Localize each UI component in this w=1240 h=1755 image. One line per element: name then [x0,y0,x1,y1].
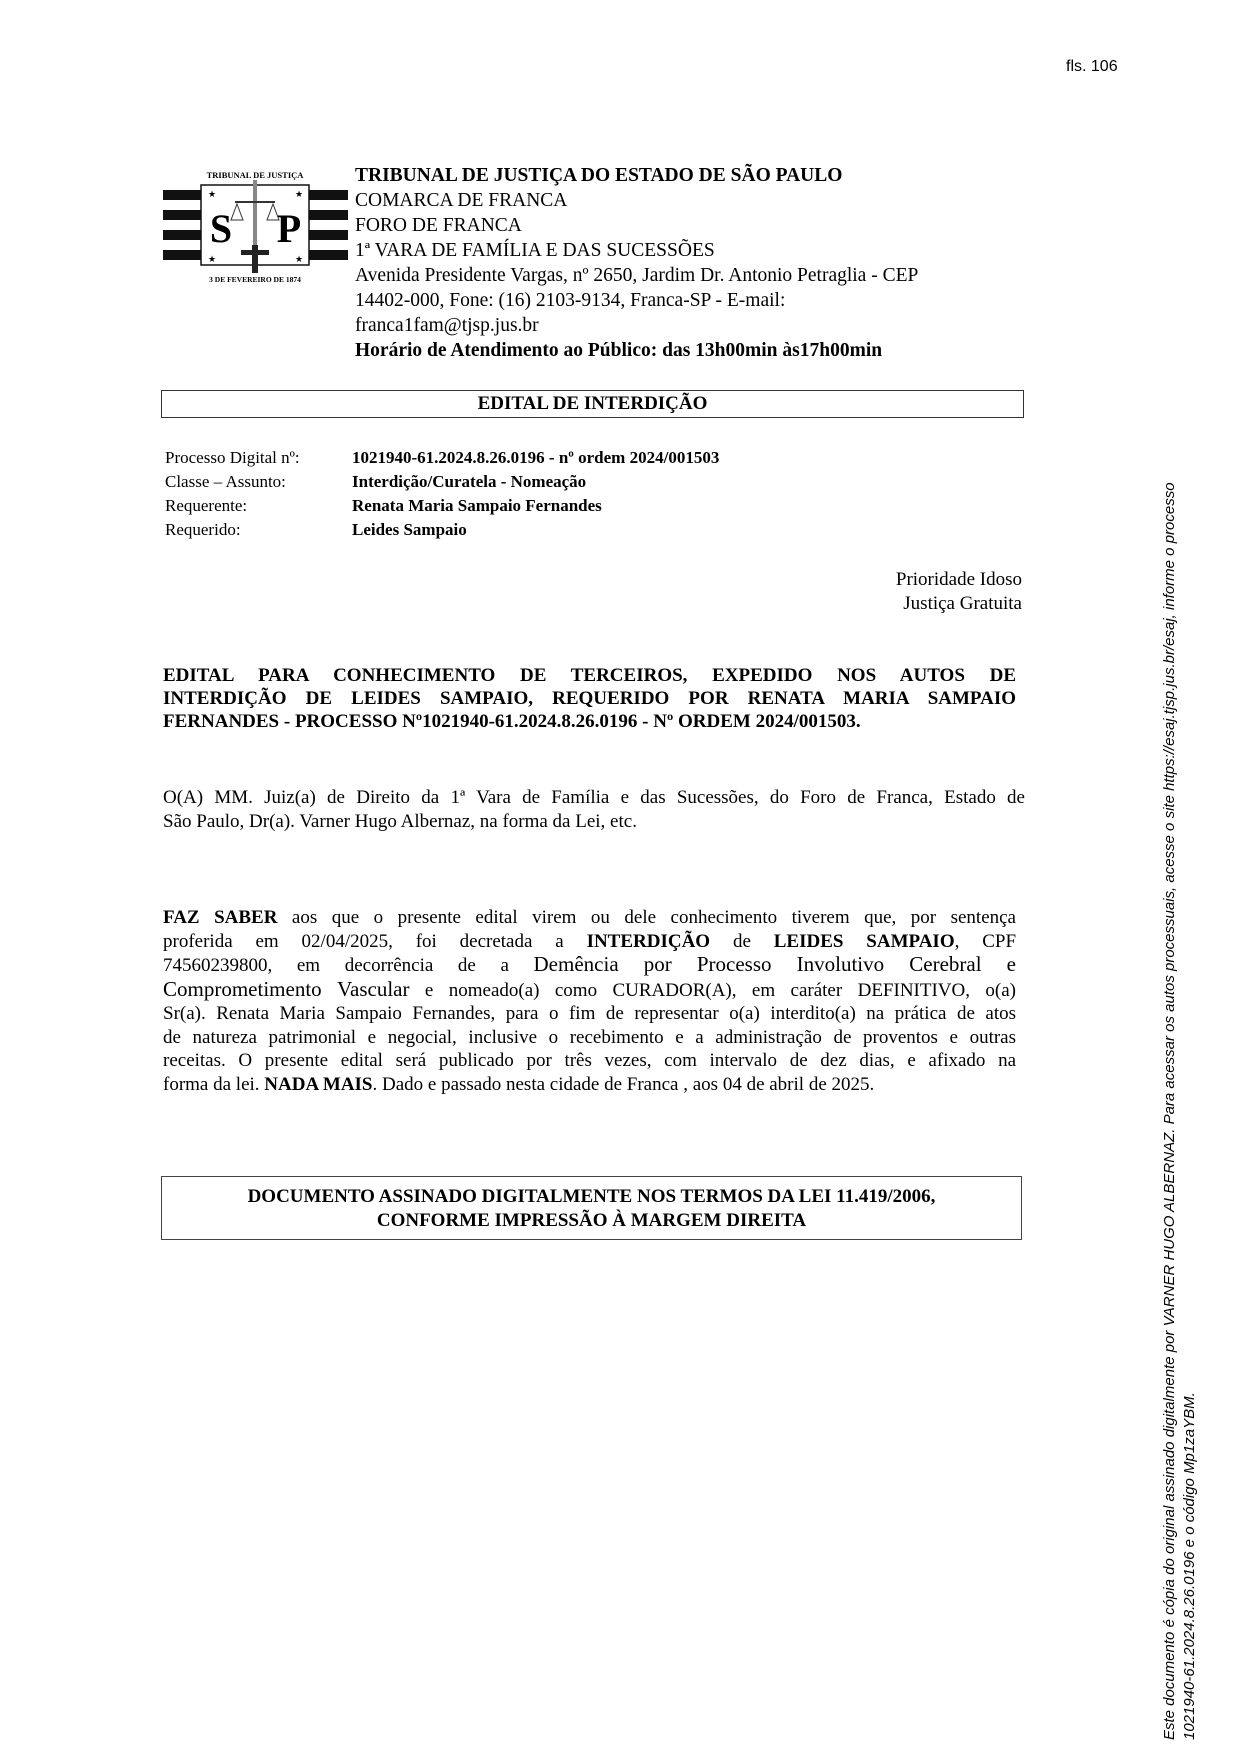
vara: 1ª VARA DE FAMÍLIA E DAS SUCESSÕES [355,238,918,263]
logo-p: P [277,206,301,251]
body-line: Sr(a). Renata Maria Sampaio Fernandes, p… [163,1002,1016,1026]
svg-text:★: ★ [208,189,216,199]
office-hours: Horário de Atendimento ao Público: das 1… [355,338,918,363]
side-stamp-line-2: 1021940-61.2024.8.26.0196 e o código Mp1… [1180,482,1200,1740]
edital-heading-line: EDITAL PARA CONHECIMENTO DE TERCEIROS, E… [163,664,1016,687]
court-header: TRIBUNAL DE JUSTIÇA DO ESTADO DE SÃO PAU… [355,163,918,363]
body-line: Comprometimento Vascular e nomeado(a) co… [163,978,1016,1003]
digital-signature-notice: DOCUMENTO ASSINADO DIGITALMENTE NOS TERM… [161,1176,1022,1240]
case-info-row: Classe – Assunto:Interdição/Curatela - N… [165,470,719,494]
intro-line: O(A) MM. Juiz(a) de Direito da 1ª Vara d… [163,786,1025,810]
side-stamp-line-1: Este documento é cópia do original assin… [1160,482,1180,1740]
logo-s: S [210,206,232,251]
case-info-label: Processo Digital nº: [165,446,352,470]
body-line: forma da lei. NADA MAIS. Dado e passado … [163,1073,1016,1097]
intro-line: São Paulo, Dr(a). Varner Hugo Albernaz, … [163,810,1025,834]
address-line-1: Avenida Presidente Vargas, nº 2650, Jard… [355,263,918,288]
case-info-value: Interdição/Curatela - Nomeação [352,470,586,494]
case-info-row: Requerido:Leides Sampaio [165,518,719,542]
edital-heading-line: INTERDIÇÃO DE LEIDES SAMPAIO, REQUERIDO … [163,687,1016,710]
court-name: TRIBUNAL DE JUSTIÇA DO ESTADO DE SÃO PAU… [355,163,918,188]
case-info-row: Requerente:Renata Maria Sampaio Fernande… [165,494,719,518]
case-info-label: Requerido: [165,518,352,542]
edital-heading: EDITAL PARA CONHECIMENTO DE TERCEIROS, E… [163,664,1016,733]
flag-priority-elderly: Prioridade Idoso [896,568,1022,592]
signature-notice-line-2: CONFORME IMPRESSÃO À MARGEM DIREITA [162,1209,1021,1233]
logo-top-text: TRIBUNAL DE JUSTIÇA [207,170,305,180]
signature-notice-line-1: DOCUMENTO ASSINADO DIGITALMENTE NOS TERM… [162,1185,1021,1209]
case-info-label: Requerente: [165,494,352,518]
tjsp-coat-of-arms-logo: TRIBUNAL DE JUSTIÇA S P ★ ★ ★ ★ 3 DE FEV… [163,150,348,285]
side-authenticity-stamp: Este documento é cópia do original assin… [1160,482,1200,1740]
svg-text:★: ★ [295,189,303,199]
foro: FORO DE FRANCA [355,213,918,238]
court-email: franca1fam@tjsp.jus.br [355,313,918,338]
case-flags: Prioridade Idoso Justiça Gratuita [896,568,1022,616]
case-info-row: Processo Digital nº:1021940-61.2024.8.26… [165,446,719,470]
body-line: receitas. O presente edital será publica… [163,1049,1016,1073]
judge-intro: O(A) MM. Juiz(a) de Direito da 1ª Vara d… [163,786,1025,834]
logo-bottom-text: 3 DE FEVEREIRO DE 1874 [209,275,301,284]
case-info-value: 1021940-61.2024.8.26.0196 - nº ordem 202… [352,446,719,470]
case-info-value: Leides Sampaio [352,518,467,542]
body-line: de natureza patrimonial e negocial, incl… [163,1026,1016,1050]
comarca: COMARCA DE FRANCA [355,188,918,213]
page-number: fls. 106 [1066,58,1118,76]
edital-body: FAZ SABER aos que o presente edital vire… [163,906,1016,1096]
flag-free-justice: Justiça Gratuita [896,592,1022,616]
case-info-value: Renata Maria Sampaio Fernandes [352,494,602,518]
body-line: proferida em 02/04/2025, foi decretada a… [163,930,1016,954]
document-title: EDITAL DE INTERDIÇÃO [161,390,1024,418]
body-line: FAZ SABER aos que o presente edital vire… [163,906,1016,930]
edital-heading-line: FERNANDES - PROCESSO Nº1021940-61.2024.8… [163,710,1016,733]
case-info: Processo Digital nº:1021940-61.2024.8.26… [165,446,719,542]
svg-text:★: ★ [208,254,216,264]
case-info-label: Classe – Assunto: [165,470,352,494]
body-line: 74560239800, em decorrência de a Demênci… [163,953,1016,978]
svg-text:★: ★ [295,254,303,264]
address-line-2: 14402-000, Fone: (16) 2103-9134, Franca-… [355,288,918,313]
